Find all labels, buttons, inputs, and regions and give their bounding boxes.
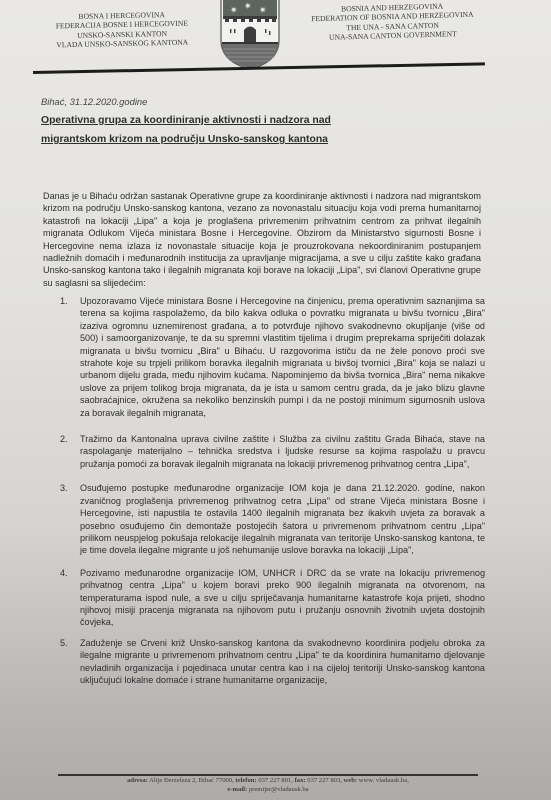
coat-of-arms-icon: ✷ ✷ ✷ xyxy=(219,0,281,70)
svg-text:✷: ✷ xyxy=(244,2,252,12)
intro-paragraph: Danas je u Bihaću održan sastanak Operat… xyxy=(43,190,481,289)
fax-value: 037 227 803, xyxy=(307,777,342,784)
fax-label: fax: xyxy=(295,777,306,784)
list-item-text: Osuđujemo postupke međunarodne organizac… xyxy=(80,483,485,555)
list-item: 1. Upozoravamo Vijeće ministara Bosne i … xyxy=(60,295,485,419)
list-item: 5. Zaduženje se Crveni križ Unsko-sansko… xyxy=(60,637,485,687)
list-item-text: Upozoravamo Vijeće ministara Bosne i Her… xyxy=(80,296,485,418)
list-item: 2. Tražimo da Kantonalna uprava civilne … xyxy=(60,433,485,470)
footer-contact: adresa: Alije Đerzeleza 2, Bihać 77000, … xyxy=(58,777,478,794)
list-item-number: 1. xyxy=(60,295,68,307)
list-item: 4. Pozivamo međunarodne organizacije IOM… xyxy=(60,567,485,629)
svg-text:✷: ✷ xyxy=(230,6,238,16)
list-item-number: 4. xyxy=(60,567,68,579)
list-item-number: 5. xyxy=(60,637,68,649)
list-item-text: Pozivamo međunarodne organizacije IOM, U… xyxy=(80,568,485,628)
web-label: web: xyxy=(344,777,358,784)
email-label: e-mail: xyxy=(227,786,247,793)
letterhead-left: BOSNA I HERCEGOVINA FEDERACIJA BOSNE I H… xyxy=(42,9,203,50)
phone-value: 037 227 801, xyxy=(258,777,293,784)
conclusions-list: 1. Upozoravamo Vijeće ministara Bosne i … xyxy=(60,295,485,686)
list-item: 3. Osuđujemo postupke međunarodne organi… xyxy=(60,482,485,556)
document-title: Operativna grupa za koordiniranje aktivn… xyxy=(41,111,341,149)
phone-label: telefon: xyxy=(235,777,256,784)
web-link[interactable]: www. vladausk.ba, xyxy=(359,777,409,784)
footer-line-2: e-mail: premijer@vladausk.ba xyxy=(58,786,478,795)
address-value: Alije Đerzeleza 2, Bihać 77000, xyxy=(149,777,234,784)
svg-text:✷: ✷ xyxy=(259,6,267,16)
email-link[interactable]: premijer@vladausk.ba xyxy=(249,786,309,793)
footer-line-1: adresa: Alije Đerzeleza 2, Bihać 77000, … xyxy=(58,777,478,786)
footer-divider xyxy=(58,774,478,776)
list-item-number: 2. xyxy=(60,433,68,445)
list-item-text: Zaduženje se Crveni križ Unsko-sanskog k… xyxy=(80,638,485,685)
address-label: adresa: xyxy=(127,777,148,784)
list-item-text: Tražimo da Kantonalna uprava civilne zaš… xyxy=(80,434,485,469)
document-page: BOSNA I HERCEGOVINA FEDERACIJA BOSNE I H… xyxy=(0,0,551,800)
list-item-number: 3. xyxy=(60,482,68,494)
letterhead-right: BOSNIA AND HERZEGOVINA FEDERATION OF BOS… xyxy=(300,0,486,43)
document-date: Bihać, 31.12.2020.godine xyxy=(41,96,147,107)
letterhead-left-line: VLADA UNSKO-SANSKOG KANTONA xyxy=(42,38,202,51)
